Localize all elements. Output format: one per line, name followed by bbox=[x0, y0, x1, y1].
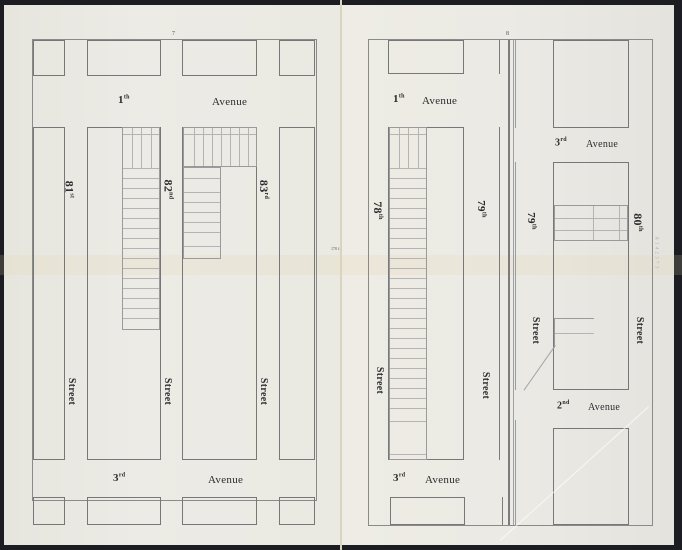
street-78-label: 78th bbox=[370, 201, 385, 220]
street-word-79-right: Street bbox=[530, 317, 541, 344]
avenue-label-bottom-right: 3rd bbox=[393, 472, 405, 484]
street-edge bbox=[502, 497, 503, 525]
block bbox=[553, 428, 629, 525]
street-edge bbox=[499, 127, 500, 460]
block bbox=[182, 497, 257, 525]
railway-line bbox=[508, 40, 510, 525]
street-word-80: Street bbox=[634, 317, 645, 344]
avenue-label-top-left: 1th bbox=[118, 94, 130, 106]
accession-stamp: A 1 4 2 3 7 3 bbox=[654, 236, 659, 268]
avenue-word-third-right: Avenue bbox=[586, 139, 618, 150]
street-81-label: 81st bbox=[61, 181, 76, 199]
block bbox=[33, 127, 65, 460]
street-edge bbox=[499, 40, 500, 74]
street-82-label: 82nd bbox=[160, 180, 175, 200]
right-page-number: 8 bbox=[506, 31, 509, 37]
block bbox=[87, 40, 161, 76]
street-79-label-right: 79th bbox=[525, 212, 537, 230]
avenue-word-second-right: Avenue bbox=[588, 402, 620, 413]
street-80-label: 80th bbox=[630, 213, 645, 232]
street-83-label: 83rd bbox=[256, 180, 271, 199]
lot-subdivision bbox=[183, 167, 221, 259]
block bbox=[553, 40, 629, 128]
lot-subdivision bbox=[554, 318, 594, 348]
railway-line bbox=[513, 40, 514, 525]
avenue-label-third-right: 3rd bbox=[555, 137, 567, 148]
street-edge bbox=[515, 40, 516, 128]
street-edge bbox=[515, 420, 516, 525]
street-79-label-left: 79th bbox=[475, 200, 487, 218]
avenue-word-bottom-left: Avenue bbox=[208, 474, 243, 486]
left-page-number: 7 bbox=[172, 31, 175, 37]
block bbox=[279, 497, 315, 525]
lot-subdivision bbox=[554, 205, 628, 241]
avenue-label-top-right: 1th bbox=[393, 93, 405, 105]
lot-subdivision bbox=[122, 127, 160, 330]
street-edge bbox=[515, 162, 516, 390]
block bbox=[279, 40, 315, 76]
avenue-label-bottom-left: 3rd bbox=[113, 472, 125, 484]
center-note: 170 f. bbox=[331, 246, 340, 251]
block bbox=[553, 162, 629, 390]
block bbox=[33, 497, 65, 525]
block bbox=[279, 127, 315, 460]
lot-subdivision bbox=[183, 127, 257, 167]
street-word-83: Street bbox=[258, 378, 269, 405]
left-map-frame bbox=[32, 39, 317, 501]
block bbox=[390, 497, 465, 525]
block bbox=[87, 497, 161, 525]
street-word-81: Street bbox=[66, 378, 77, 405]
avenue-label-second-right: 2nd bbox=[557, 400, 570, 411]
block bbox=[33, 40, 65, 76]
block bbox=[182, 40, 257, 76]
block bbox=[388, 40, 464, 74]
avenue-word-bottom-right: Avenue bbox=[425, 474, 460, 486]
avenue-word-top-left: Avenue bbox=[212, 96, 247, 108]
street-word-82: Street bbox=[162, 378, 173, 405]
avenue-word-top-right: Avenue bbox=[422, 95, 457, 107]
center-fold bbox=[340, 0, 342, 550]
street-word-79-left: Street bbox=[480, 372, 491, 399]
street-word-78: Street bbox=[374, 367, 385, 394]
lot-subdivision bbox=[389, 127, 427, 460]
